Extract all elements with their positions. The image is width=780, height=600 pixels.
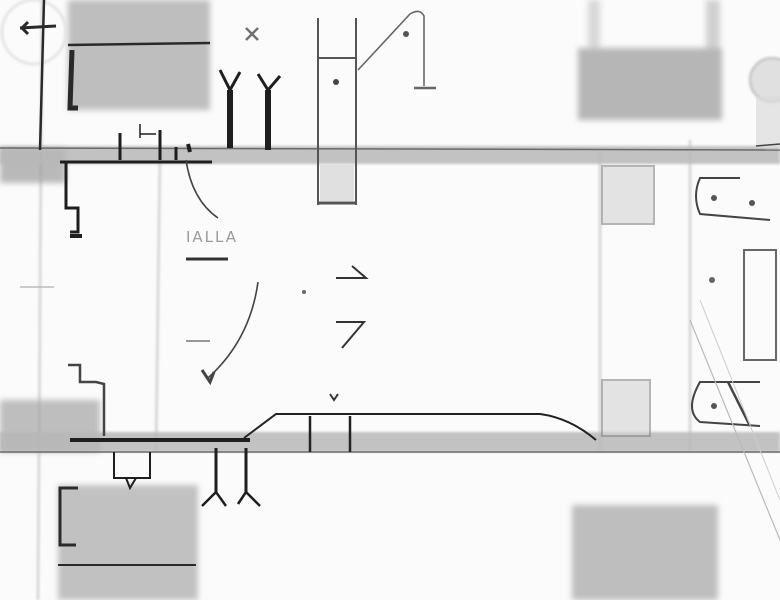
shaded-blocks (0, 0, 722, 600)
x-mark (246, 28, 258, 40)
dash-marks (20, 259, 228, 341)
shaded-block-top-right (578, 48, 722, 120)
shaded-block-top-right-stem (588, 0, 600, 50)
compass-cross-symbol (2, 0, 66, 150)
y-column-pair-top (220, 70, 280, 150)
wall-bands (0, 146, 780, 452)
sketch-canvas: IALLA (0, 0, 780, 600)
annotation-label: IALLA (186, 228, 238, 246)
hook-crane-symbol (358, 11, 436, 88)
direction-arrows-center (302, 266, 366, 400)
curved-arrow-left (186, 160, 258, 382)
shaded-block-bottom-right (572, 505, 718, 600)
floor-plan-sketch: IALLA (0, 0, 780, 600)
shaded-block-top-left (68, 0, 210, 110)
stepped-wall-left (66, 162, 104, 436)
shaded-block-top-right-stem-2 (706, 0, 720, 50)
tall-narrow-box-top-center (318, 18, 356, 205)
shaded-block-bottom-left (58, 485, 198, 600)
